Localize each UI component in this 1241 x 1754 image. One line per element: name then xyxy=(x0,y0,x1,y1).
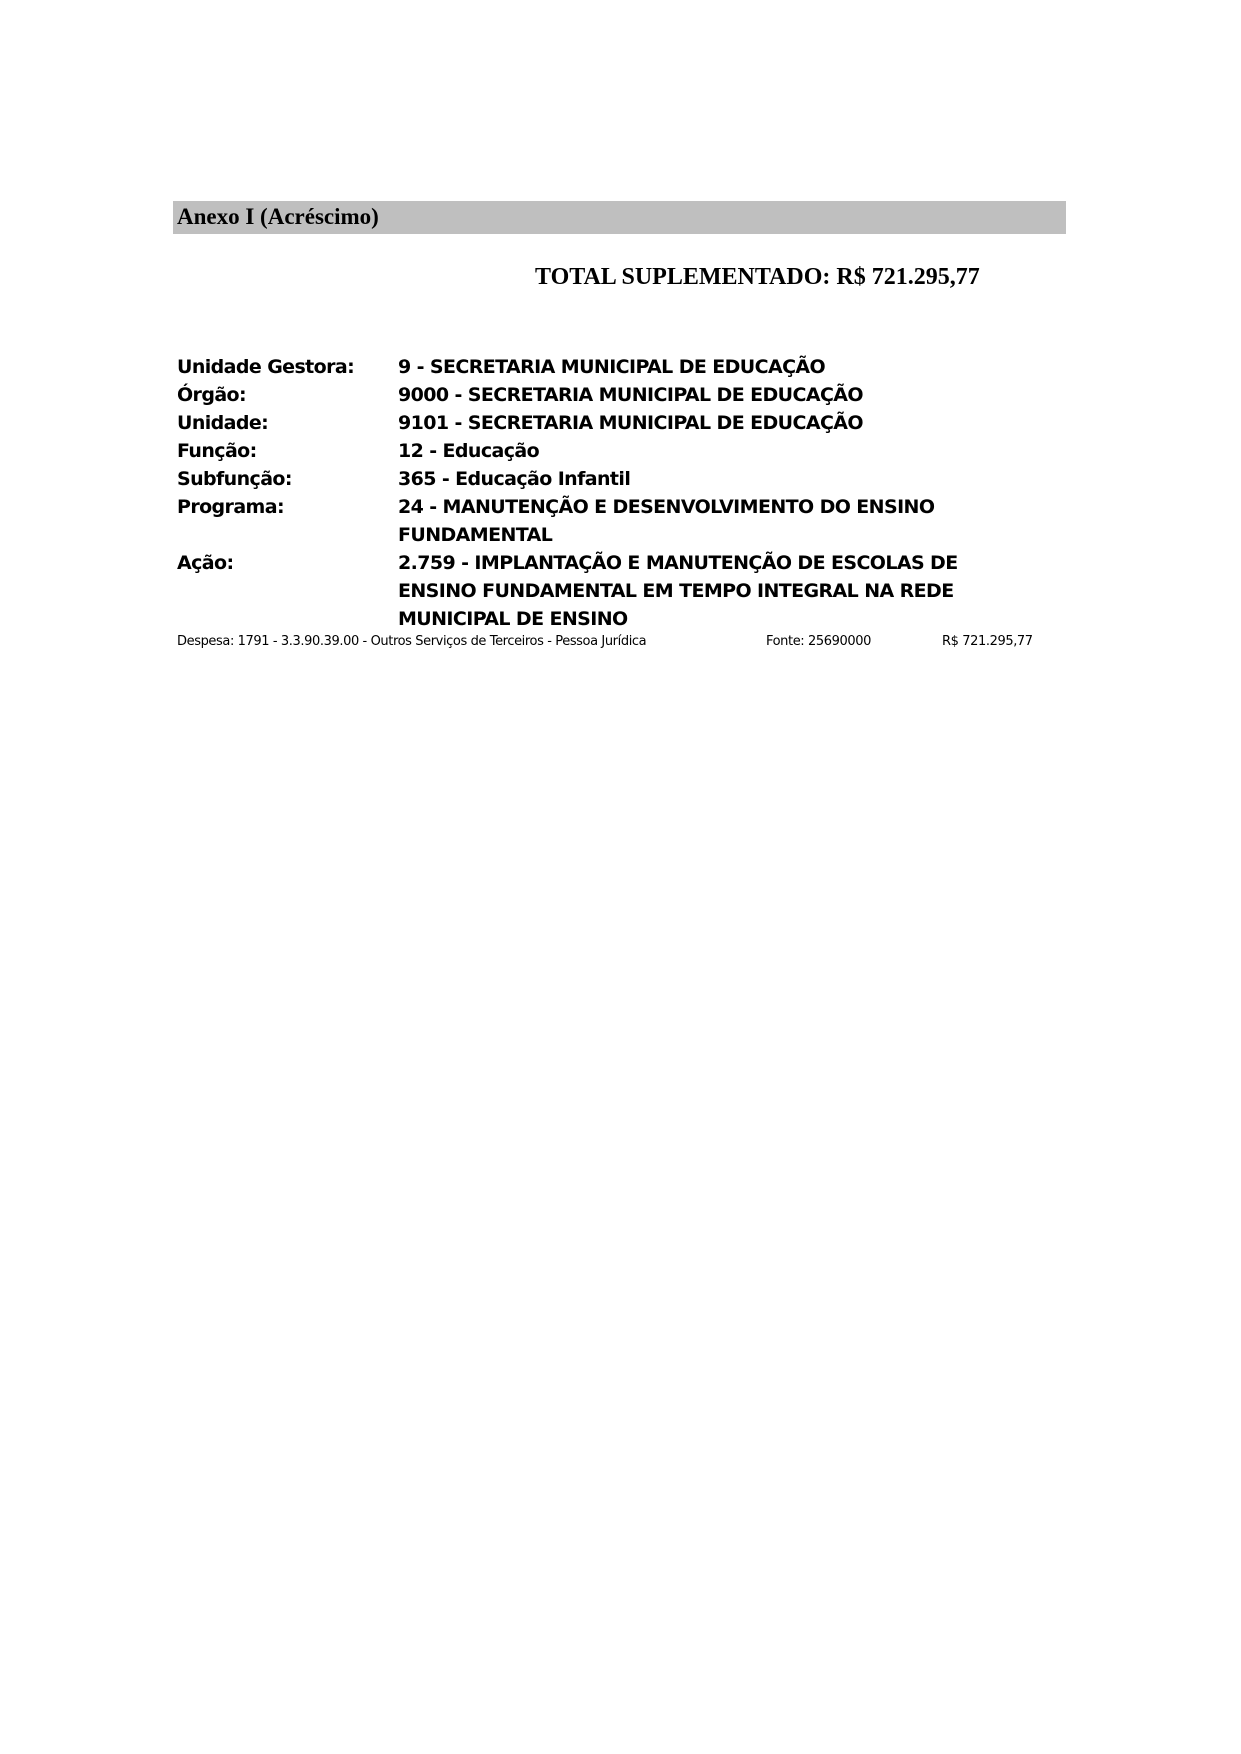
field-label: Função: xyxy=(177,437,398,465)
field-label: Unidade: xyxy=(177,409,398,437)
field-label: Órgão: xyxy=(177,381,398,409)
field-row-subfuncao: Subfunção: 365 - Educação Infantil xyxy=(177,465,1028,493)
expense-description: Despesa: 1791 - 3.3.90.39.00 - Outros Se… xyxy=(177,633,646,651)
field-row-acao: Ação: 2.759 - IMPLANTAÇÃO E MANUTENÇÃO D… xyxy=(177,549,1028,633)
field-value: 9101 - SECRETARIA MUNICIPAL DE EDUCAÇÃO xyxy=(398,409,1028,437)
field-value: 12 - Educação xyxy=(398,437,1028,465)
annex-header-band: Anexo I (Acréscimo) xyxy=(173,201,1066,234)
field-label: Programa: xyxy=(177,493,398,549)
field-row-unidade: Unidade: 9101 - SECRETARIA MUNICIPAL DE … xyxy=(177,409,1028,437)
annex-title: Anexo I (Acréscimo) xyxy=(177,203,379,231)
field-value: 9000 - SECRETARIA MUNICIPAL DE EDUCAÇÃO xyxy=(398,381,1028,409)
field-value: 365 - Educação Infantil xyxy=(398,465,1028,493)
field-label: Subfunção: xyxy=(177,465,398,493)
field-value: 9 - SECRETARIA MUNICIPAL DE EDUCAÇÃO xyxy=(398,353,1028,381)
field-value: 24 - MANUTENÇÃO E DESENVOLVIMENTO DO ENS… xyxy=(398,493,1028,549)
expense-amount: R$ 721.295,77 xyxy=(942,633,1033,651)
expense-source: Fonte: 25690000 xyxy=(766,633,871,651)
field-row-funcao: Função: 12 - Educação xyxy=(177,437,1028,465)
total-supplemented: TOTAL SUPLEMENTADO: R$ 721.295,77 xyxy=(535,262,980,292)
field-value: 2.759 - IMPLANTAÇÃO E MANUTENÇÃO DE ESCO… xyxy=(398,549,1028,633)
field-row-orgao: Órgão: 9000 - SECRETARIA MUNICIPAL DE ED… xyxy=(177,381,1028,409)
field-row-programa: Programa: 24 - MANUTENÇÃO E DESENVOLVIME… xyxy=(177,493,1028,549)
budget-info-table: Unidade Gestora: 9 - SECRETARIA MUNICIPA… xyxy=(177,353,1028,633)
field-label: Ação: xyxy=(177,549,398,633)
field-row-unidade-gestora: Unidade Gestora: 9 - SECRETARIA MUNICIPA… xyxy=(177,353,1028,381)
field-label: Unidade Gestora: xyxy=(177,353,398,381)
